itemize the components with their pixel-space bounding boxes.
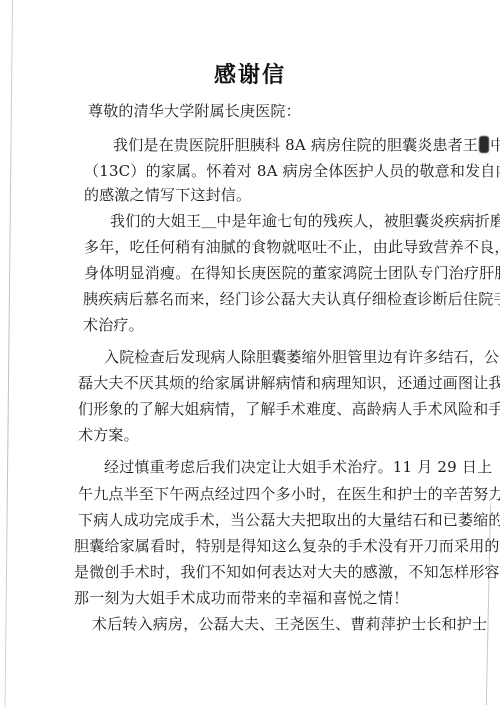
paragraph-4-line-2: 午九点半至下午两点经过四个多小时，在医生和护士的辛苦努力: [78, 483, 500, 504]
paragraph-2-line-5: 术治疗。: [83, 314, 144, 335]
paragraph-1-line-1: 我们是在贵医院肝胆胰科 8A 病房住院的胆囊炎患者王中: [113, 134, 500, 155]
paragraph-5-line-1: 术后转入病房，公磊大夫、王尧医生、曹莉萍护士长和护士: [92, 613, 487, 634]
paragraph-1-line-3: 的感激之情写下这封信。: [84, 184, 251, 205]
paragraph-2-line-3: 身体明显消瘦。在得知长庚医院的董家鸿院士团队专门治疗肝胆: [84, 262, 500, 283]
paragraph-3-line-4: 术方案。: [78, 424, 139, 445]
page-edge-left: [5, 0, 13, 707]
redaction-block: [479, 136, 489, 153]
salutation: 尊敬的清华大学附属长庚医院：: [88, 100, 301, 121]
letter-title: 感谢信: [0, 58, 500, 89]
paragraph-2-line-2: 多年，吃任何稍有油腻的食物就呕吐不止，由此导致营养不良，: [84, 236, 500, 257]
paragraph-3-line-1: 入院检查后发现病人除胆囊萎缩外胆管里边有许多结石，公: [104, 346, 499, 367]
text: 中: [490, 136, 500, 154]
paragraph-4-line-5: 是微创手术时，我们不知如何表达对大夫的感激，不知怎样形容: [74, 561, 500, 582]
paragraph-2-line-4: 胰疾病后慕名而来，经门诊公磊大夫认真仔细检查诊断后住院手: [83, 288, 500, 309]
paragraph-4-line-4: 胆囊给家属看时，特别是得知这么复杂的手术没有开刀而采用的: [74, 535, 500, 556]
paragraph-1-line-2: （13C）的家属。怀着对 8A 病房全体医护人员的敬意和发自内心: [84, 160, 500, 181]
paragraph-4-line-3: 下病人成功完成手术，当公磊大夫把取出的大量结石和已萎缩的: [78, 509, 500, 530]
paragraph-3-line-3: 们形象的了解大姐病情，了解手术难度、高龄病人手术风险和手: [78, 398, 500, 419]
paragraph-3-line-2: 磊大夫不厌其烦的给家属讲解病情和病理知识，还通过画图让我: [78, 372, 500, 393]
paragraph-4-line-1: 经过慎重考虑后我们决定让大姐手术治疗。11 月 29 日上: [104, 456, 492, 477]
text: 我们是在贵医院肝胆胰科 8A 病房住院的胆囊炎患者王: [113, 136, 478, 154]
paragraph-4-line-6: 那一刻为大姐手术成功而带来的幸福和喜悦之情！: [74, 587, 408, 608]
paragraph-2-line-1: 我们的大姐王＿中是年逾七旬的残疾人，被胆囊炎疾病折磨: [110, 210, 500, 231]
